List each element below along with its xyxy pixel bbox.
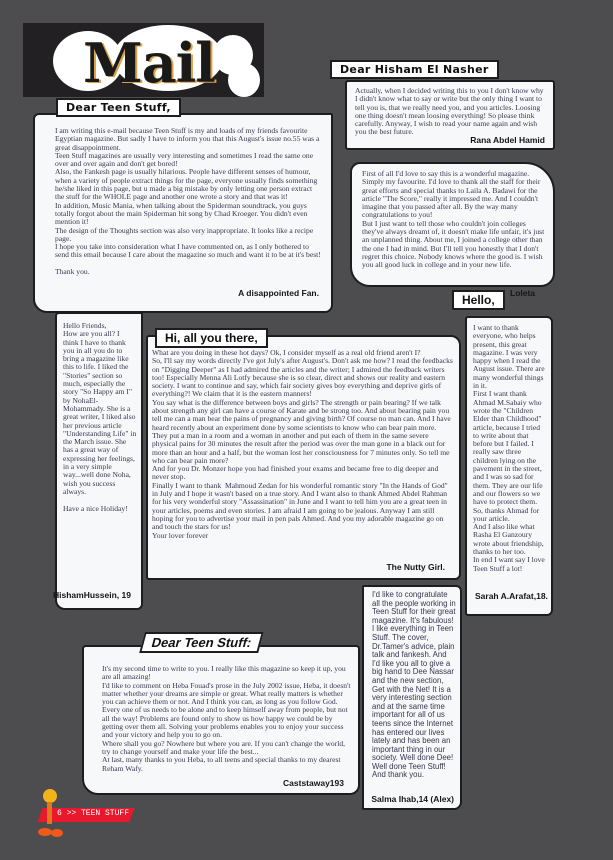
letter-body: I want to thank everyone, who helps pres… (473, 324, 547, 573)
letter-heading: Dear Teen Stuff: (139, 632, 264, 653)
letter-signature: Salma Ihab,14 (Alex) (371, 795, 454, 804)
magazine-page: Mail I am writing this e-mail because Te… (0, 0, 613, 860)
letter-first-of-all: First of all I'd love to say this is a w… (350, 162, 555, 287)
letter-heading: Dear Teen Stuff, (56, 98, 181, 117)
letter-hi-all-you-there: What are you doing in these hot days? Ok… (146, 335, 461, 580)
letter-signature: HishamHussein, 19 (53, 590, 131, 600)
letter-body: I am writing this e-mail because Teen St… (55, 127, 323, 276)
letter-body: Actually, when I decided writing this to… (355, 87, 547, 137)
letter-heading: Hi, all you there, (155, 328, 268, 348)
letter-body: It's my second time to write to you. I r… (102, 665, 352, 773)
letter-hello-friends: Hello Friends, How are you all? I think … (55, 312, 143, 610)
letter-signature: Sarah A.Arafat,18. (475, 592, 548, 600)
letter-hello-sarah: I want to thank everyone, who helps pres… (465, 316, 553, 616)
letter-heading: Dear Hisham El Nasher (330, 60, 499, 79)
letter-signature: The Nutty Girl. (386, 563, 445, 571)
mail-title: Mail (83, 31, 215, 95)
page-number-label: 6 >> TEEN STUFF (57, 809, 129, 818)
letter-signature: Rana Abdel Hamid (470, 136, 545, 144)
letter-body: What are you doing in these hot days? Ok… (152, 349, 453, 540)
letter-heading: Hello, (452, 290, 505, 310)
letter-congratulate: I'd like to congratulate all the people … (362, 585, 462, 810)
letter-dear-hisham: Actually, when I decided writing this to… (345, 80, 555, 150)
letter-dear-teen-stuff-2: It's my second time to write to you. I r… (82, 645, 360, 795)
letter-dear-teen-stuff: I am writing this e-mail because Teen St… (33, 113, 333, 313)
mail-logo: Mail (23, 23, 264, 97)
letter-signature: Caststaway193 (283, 779, 344, 787)
letter-body: First of all I'd love to say this is a w… (362, 170, 547, 270)
letter-signature: Loleta (510, 288, 535, 298)
mascot-icon (36, 788, 64, 838)
letter-signature: A disappointed Fan. (238, 289, 319, 297)
letter-body: I'd like to congratulate all the people … (372, 591, 456, 780)
letter-body: Hello Friends, How are you all? I think … (63, 322, 137, 513)
